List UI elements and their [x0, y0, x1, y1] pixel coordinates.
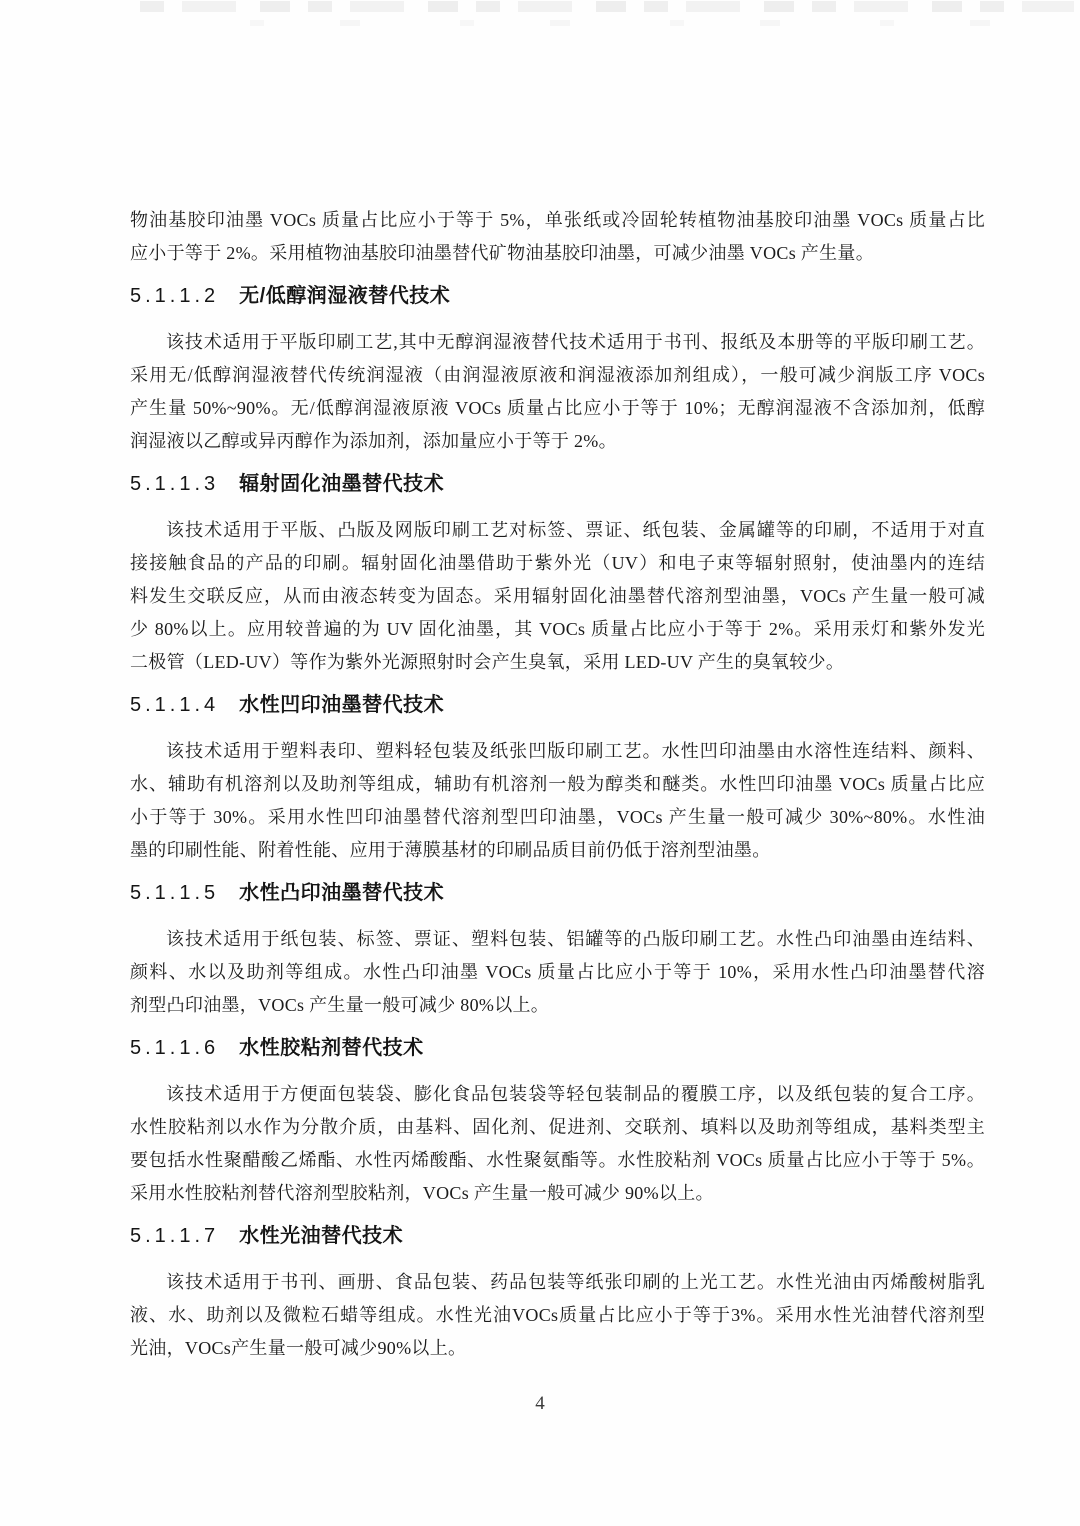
section-heading: 5.1.1.2无/低醇润湿液替代技术: [130, 284, 985, 308]
text-line: 产生量 50%~90%。无/低醇润湿液原液 VOCs 质量占比应小于等于 10%…: [130, 392, 985, 425]
text-line: 少 80%以上。应用较普遍的为 UV 固化油墨，其 VOCs 质量占比应小于等于…: [130, 613, 985, 646]
paragraph: 该技术适用于塑料表印、塑料轻包装及纸张凹版印刷工艺。水性凹印油墨由水溶性连结料、…: [130, 735, 985, 867]
paragraph: 该技术适用于书刊、画册、食品包装、药品包装等纸张印刷的上光工艺。水性光油由丙烯酸…: [130, 1266, 985, 1365]
text-line: 物油基胶印油墨 VOCs 质量占比应小于等于 5%，单张纸或冷固轮转植物油基胶印…: [130, 204, 985, 237]
paragraph: 该技术适用于平版印刷工艺,其中无醇润湿液替代技术适用于书刊、报纸及本册等的平版印…: [130, 326, 985, 458]
text-line: 润湿液以乙醇或异丙醇作为添加剂，添加量应小于等于 2%。: [130, 425, 985, 458]
section-title: 水性凹印油墨替代技术: [239, 694, 444, 716]
text-line: 该技术适用于平版印刷工艺,其中无醇润湿液替代技术适用于书刊、报纸及本册等的平版印…: [130, 326, 985, 359]
section-heading: 5.1.1.7水性光油替代技术: [130, 1224, 985, 1248]
section-number: 5.1.1.7: [130, 1225, 219, 1247]
section-number: 5.1.1.3: [130, 473, 219, 495]
document-content: 物油基胶印油墨 VOCs 质量占比应小于等于 5%，单张纸或冷固轮转植物油基胶印…: [130, 204, 985, 1365]
text-line: 该技术适用于平版、凸版及网版印刷工艺对标签、票证、纸包装、金属罐等的印刷，不适用…: [130, 514, 985, 547]
section-heading: 5.1.1.4水性凹印油墨替代技术: [130, 693, 985, 717]
text-line: 液、水、助剂以及微粒石蜡等组成。水性光油VOCs质量占比应小于等于3%。采用水性…: [130, 1299, 985, 1332]
section-heading: 5.1.1.5水性凸印油墨替代技术: [130, 881, 985, 905]
section-title: 无/低醇润湿液替代技术: [239, 285, 450, 307]
section-title: 水性胶粘剂替代技术: [239, 1037, 424, 1059]
text-line: 墨的印刷性能、附着性能、应用于薄膜基材的印刷品质目前仍低于溶剂型油墨。: [130, 834, 985, 867]
paragraph: 物油基胶印油墨 VOCs 质量占比应小于等于 5%，单张纸或冷固轮转植物油基胶印…: [130, 204, 985, 270]
text-line: 剂型凸印油墨，VOCs 产生量一般可减少 80%以上。: [130, 989, 985, 1022]
paragraph: 该技术适用于平版、凸版及网版印刷工艺对标签、票证、纸包装、金属罐等的印刷，不适用…: [130, 514, 985, 679]
text-line: 水、辅助有机溶剂以及助剂等组成，辅助有机溶剂一般为醇类和醚类。水性凹印油墨 VO…: [130, 768, 985, 801]
section-title: 辐射固化油墨替代技术: [239, 473, 444, 495]
text-line: 水性胶粘剂以水作为分散介质，由基料、固化剂、促进剂、交联剂、填料以及助剂等组成，…: [130, 1111, 985, 1144]
page-number: 4: [0, 1393, 1080, 1415]
document-page: 物油基胶印油墨 VOCs 质量占比应小于等于 5%，单张纸或冷固轮转植物油基胶印…: [0, 0, 1080, 1526]
text-line: 小于等于 30%。采用水性凹印油墨替代溶剂型凹印油墨，VOCs 产生量一般可减少…: [130, 801, 985, 834]
text-line: 该技术适用于书刊、画册、食品包装、药品包装等纸张印刷的上光工艺。水性光油由丙烯酸…: [130, 1266, 985, 1299]
text-line: 颜料、水以及助剂等组成。水性凸印油墨 VOCs 质量占比应小于等于 10%，采用…: [130, 956, 985, 989]
scan-artifact-top-secondary: [250, 20, 1020, 26]
text-line: 采用无/低醇润湿液替代传统润湿液（由润湿液原液和润湿液添加剂组成），一般可减少润…: [130, 359, 985, 392]
section-heading: 5.1.1.3辐射固化油墨替代技术: [130, 472, 985, 496]
section-title: 水性凸印油墨替代技术: [239, 882, 444, 904]
text-line: 应小于等于 2%。采用植物油基胶印油墨替代矿物油基胶印油墨，可减少油墨 VOCs…: [130, 237, 985, 270]
text-line: 该技术适用于塑料表印、塑料轻包装及纸张凹版印刷工艺。水性凹印油墨由水溶性连结料、…: [130, 735, 985, 768]
section-number: 5.1.1.5: [130, 882, 219, 904]
text-line: 料发生交联反应，从而由液态转变为固态。采用辐射固化油墨替代溶剂型油墨，VOCs …: [130, 580, 985, 613]
section-heading: 5.1.1.6水性胶粘剂替代技术: [130, 1036, 985, 1060]
section-number: 5.1.1.4: [130, 694, 219, 716]
text-line: 二极管（LED-UV）等作为紫外光源照射时会产生臭氧，采用 LED-UV 产生的…: [130, 646, 985, 679]
text-line: 接接触食品的产品的印刷。辐射固化油墨借助于紫外光（UV）和电子束等辐射照射，使油…: [130, 547, 985, 580]
text-line: 光油，VOCs产生量一般可减少90%以上。: [130, 1332, 985, 1365]
section-title: 水性光油替代技术: [239, 1225, 403, 1247]
paragraph: 该技术适用于方便面包装袋、膨化食品包装袋等轻包装制品的覆膜工序，以及纸包装的复合…: [130, 1078, 985, 1210]
text-line: 采用水性胶粘剂替代溶剂型胶粘剂，VOCs 产生量一般可减少 90%以上。: [130, 1177, 985, 1210]
text-line: 该技术适用于方便面包装袋、膨化食品包装袋等轻包装制品的覆膜工序，以及纸包装的复合…: [130, 1078, 985, 1111]
paragraph: 该技术适用于纸包装、标签、票证、塑料包装、铝罐等的凸版印刷工艺。水性凸印油墨由连…: [130, 923, 985, 1022]
section-number: 5.1.1.6: [130, 1037, 219, 1059]
scan-artifact-top: [140, 1, 1074, 12]
text-line: 要包括水性聚醋酸乙烯酯、水性丙烯酸酯、水性聚氨酯等。水性胶粘剂 VOCs 质量占…: [130, 1144, 985, 1177]
section-number: 5.1.1.2: [130, 285, 219, 307]
text-line: 该技术适用于纸包装、标签、票证、塑料包装、铝罐等的凸版印刷工艺。水性凸印油墨由连…: [130, 923, 985, 956]
